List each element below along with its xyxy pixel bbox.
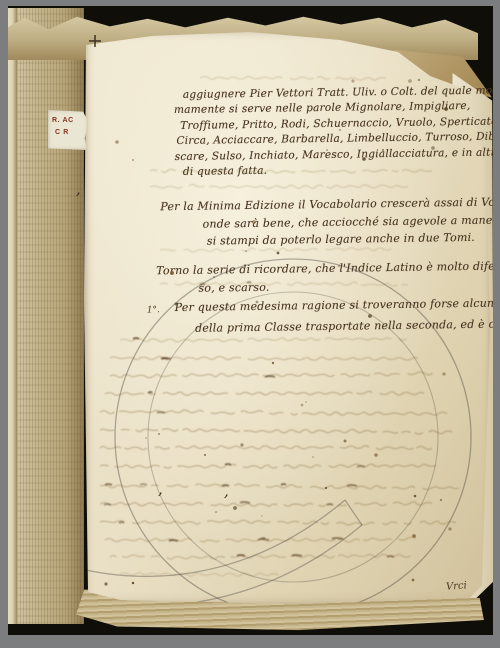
manuscript-text: aggiugnere Pier Vettori Tratt. Uliv. o C…: [0, 0, 500, 648]
catchword: Vrci: [446, 580, 468, 592]
manuscript-line: mamente si serve nelle parole Mignolare,…: [174, 100, 471, 116]
manuscript-line: Per questa medesima ragione si troverann…: [175, 296, 500, 314]
manuscript-line: Circa, Acciaccare, Barbarella, Limbelluc…: [176, 131, 500, 148]
manuscript-line: si stampi da poterlo legare anche in due…: [207, 231, 475, 248]
manuscript-line: Troffiume, Pritto, Rodi, Schuernaccio, V…: [180, 115, 500, 131]
manuscript-line: di questa fatta.: [183, 165, 268, 178]
manuscript-line: Torno la serie di ricordare, che l'Indic…: [156, 259, 500, 277]
manuscript-scan: R. AC C R aggiugnere Pier Vettori: [0, 0, 500, 648]
manuscript-line: della prima Classe trasportate nella sec…: [195, 317, 500, 335]
manuscript-line: onde sarà bene, che acciocché sia agevol…: [203, 213, 500, 231]
stray-ink-stroke: ,: [158, 480, 163, 498]
stray-ink-stroke: ,: [76, 180, 81, 198]
manuscript-line: so, e scarso.: [198, 281, 269, 295]
manuscript-line: scare, Sulso, Inchiato, Maresco, Ingiall…: [175, 146, 500, 163]
manuscript-line: Per la Minima Edizione il Vocabolario cr…: [160, 195, 500, 213]
paragraph-numeral: 1°.: [147, 305, 160, 315]
stray-ink-stroke: ,: [224, 482, 229, 500]
manuscript-line: aggiugnere Pier Vettori Tratt. Uliv. o C…: [183, 84, 500, 101]
